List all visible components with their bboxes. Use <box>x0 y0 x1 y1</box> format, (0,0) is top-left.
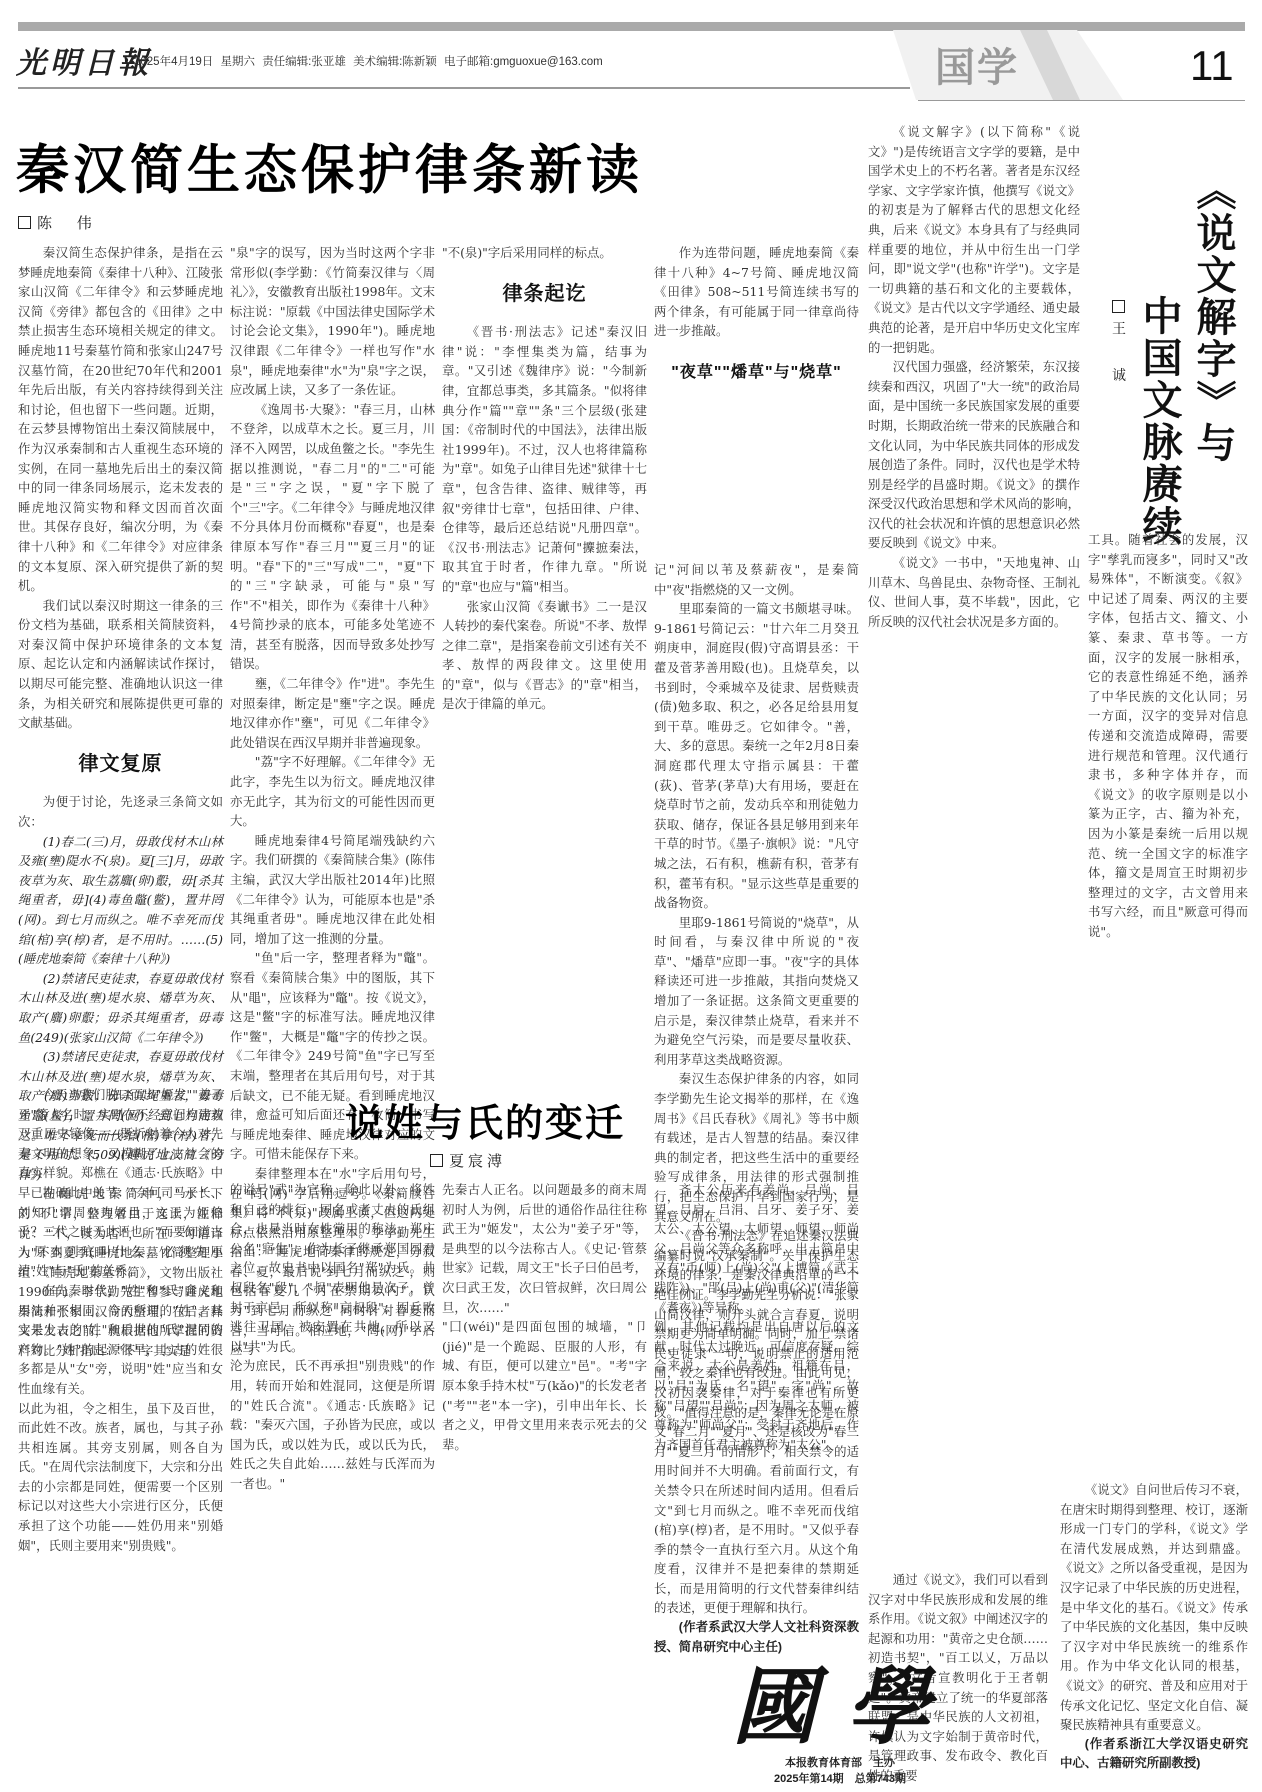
article1-byline: 陈 伟 <box>18 212 102 233</box>
responsible-editor: 责任编辑:张亚雄 <box>262 56 346 68</box>
paragraph: "囗(wéi)"是四面包围的城墙，"卩(jié)"是一个跪跽、臣服的人形，有城、… <box>442 1317 647 1454</box>
byline-box-icon <box>1112 300 1125 313</box>
paragraph: 沦为庶民，氏不再承担"别贵贱"的作用，转而开始和姓混同，这便是所谓的"姓氏合流"… <box>230 1356 435 1493</box>
article3-column-3: 先秦古人正名。以问题最多的商末周初时人为例，后世的通俗作品往往称武王为"姬发"，… <box>442 1180 647 1454</box>
paragraph: 例，其他记载均是出自唐以后的文献，时代太过晚近，可信度存疑。综合来说，太公是姜姓… <box>654 1317 859 1454</box>
article2-column-1: 《说文解字》(以下简称"《说文》")是传统语言文字学的要籍，是中国学术史上的不朽… <box>868 122 1080 631</box>
paragraph: 《说文》自问世后传习不衰，在唐宋时期得到整理、校订，逐渐形成一门专门的学科，《说… <box>1060 1480 1248 1735</box>
section-heading-burning-grass: "夜草""燔草"与"烧草" <box>654 363 859 383</box>
masthead-meta: 2025年4月19日 星期六 责任编辑:张亚雄 美术编辑:陈新颖 电子邮箱:gm… <box>134 53 603 69</box>
section-heading-scope: 律条起讫 <box>442 285 647 305</box>
paragraph: 我们试以秦汉时期这一律条的三份文档为基础，联系相关简牍资料，对秦汉简中保护环境律… <box>18 596 223 733</box>
paragraph: 记"河间以苇及蔡薪夜"，是秦简中"夜"指燃烧的又一文例。 <box>654 560 859 599</box>
paragraph: "荔"字不好理解。《二年律令》无此字，李先生以为衍文。睡虎地汉律亦无此字，其为衍… <box>230 752 435 830</box>
paragraph: 今天当我们脱口而出"姬发""姜子牙"等人名时，实则在不经意间构建着双重历史镜像—… <box>18 1085 223 1281</box>
quoted-slip-text: (1)春二(三)月，毋敢伐材木山林及雍(壅)隄水不(泉)。夏[三]月，毋敢夜草为… <box>18 832 223 969</box>
article2-author: 王 诚 <box>1110 321 1126 395</box>
article1-column-6: 记"河间以苇及蔡薪夜"，是秦简中"夜"指燃烧的又一文例。 里耶秦简的一篇文书颇堪… <box>654 560 859 1657</box>
article3-byline: 夏宸溥 <box>430 1150 506 1171</box>
article2-headline-part1: 《说文解字》与 <box>1185 170 1242 464</box>
article3-headline: 说姓与氏的变迁 <box>345 1092 625 1147</box>
paragraph: 《逸周书·大聚》："春三月，山林不登斧，以成草木之长。夏三月，川泽不入网罟，以成… <box>230 400 435 674</box>
article3-author: 夏宸溥 <box>449 1152 506 1170</box>
article1-headline: 秦汉简生态保护律条新读 <box>16 128 643 204</box>
masthead-top-bar <box>18 22 1245 31</box>
article2-ending-2: 《说文》自问世后传习不衰，在唐宋时期得到整理、校订，逐渐形成一门专门的学科，《说… <box>1060 1480 1248 1774</box>
issue-date: 2025年4月19日 <box>134 56 213 68</box>
masthead-rule <box>18 87 274 89</box>
guoxue-calligraphy-logo: 國學 <box>732 1640 960 1761</box>
byline-box-icon <box>430 1154 443 1167</box>
paragraph: 里耶秦简的一篇文书颇堪寻味。9-1861号简记云："廿六年二月癸丑朔庚申，洞庭叚… <box>654 599 859 913</box>
article2-byline: 王 诚 <box>1108 300 1128 395</box>
article1-author: 陈 伟 <box>37 214 102 232</box>
paragraph: 里耶9-1861号简说的"烧草"，从时间看，与秦汉律中所说的"夜草"、"燔草"应… <box>654 913 859 1070</box>
article3-column-1: 今天当我们脱口而出"姬发""姜子牙"等人名时，实则在不经意间构建着双重历史镜像—… <box>18 1085 223 1555</box>
colophon-publisher: 本报教育体育部 主办 <box>750 1755 930 1771</box>
paragraph: 为便于讨论，先迻录三条简文如次： <box>18 792 223 831</box>
article1-column-4: 作为连带问题，睡虎地秦简《秦律十八种》4~7号简、睡虎地汉简《田律》508~51… <box>654 243 859 401</box>
paragraph: 汉代国力强盛，经济繁荣，东汉接续秦和西汉，巩固了"大一统"的政治局面，是中国统一… <box>868 357 1080 553</box>
paragraph: 齐太公历来有姜尚、吕尚、吕望、吕肩、吕涓、吕牙、姜子牙、姜太公、太公望、太师望、… <box>654 1180 859 1317</box>
article3-column-4: 齐太公历来有姜尚、吕尚、吕望、吕肩、吕涓、吕牙、姜子牙、姜太公、太公望、太师望、… <box>654 1180 859 1454</box>
paragraph: 《晋书·刑法志》记述"秦汉旧律"说："李悝集类为篇，结事为章。"又引述《魏律序》… <box>442 322 647 596</box>
article1-column-3: "不(泉)"字后采用同样的标点。 律条起讫 《晋书·刑法志》记述"秦汉旧律"说：… <box>442 243 647 714</box>
paragraph: 秦汉简生态保护律条，是指在云梦睡虎地秦简《秦律十八种》、江陵张家山汉简《二年律令… <box>18 243 223 596</box>
paragraph: 壅，《二年律令》作"进"。李先生对照秦律，断定是"壅"字之误。睡虎地汉律亦作"壅… <box>230 674 435 752</box>
paragraph: 以此为祖，令之相生，虽下及百世，而此姓不改。族者，属也，与其子孙共相连属。其旁支… <box>18 1399 223 1556</box>
paragraph: 先秦古人正名。以问题最多的商末周初时人为例，后世的通俗作品往往称武王为"姬发"，… <box>442 1180 647 1317</box>
page-number: 11 <box>1190 42 1234 90</box>
byline-box-icon <box>18 216 31 229</box>
colophon: 本报教育体育部 主办 2025年第14期 总第743期 <box>750 1755 930 1787</box>
quoted-slip-text: (2)禁诸民吏徒隶，春夏毋敢伐材木山林及进(壅)堤水泉、燔草为灰、取产(麛)卵鷇… <box>18 969 223 1047</box>
article2-author-note: (作者系浙江大学汉语史研究中心、古籍研究所副教授) <box>1060 1735 1248 1774</box>
article3-column-2: 的谥号"武"为官称。除此以外，将姓和自己的排行、国名或者丈夫的氏组合，也是当时女… <box>230 1180 435 1494</box>
contact-email[interactable]: 电子邮箱:gmguoxue@163.com <box>444 56 603 68</box>
paragraph: 作为连带问题，睡虎地秦简《秦律十八种》4~7号简、睡虎地汉简《田律》508~51… <box>654 243 859 341</box>
masthead-bottom-rule <box>918 100 1245 101</box>
art-editor: 美术编辑:陈新颖 <box>353 56 437 68</box>
article2-column-2: 工具。随着社会的发展，汉字"孳乳而寖多"，同时又"改易殊体"，不断演变。《叙》中… <box>1088 530 1248 941</box>
paragraph: 的谥号"武"为官称。除此以外，将姓和自己的排行、国名或者丈夫的氏组合，也是当时女… <box>230 1180 435 1356</box>
paragraph: "泉"字的误写，因为当时这两个字非常形似(李学勤：《竹简秦汉律与〈周礼〉》，安徽… <box>230 243 435 400</box>
newspaper-logo: 光明日報 <box>16 38 152 82</box>
article2-headline-part2: 中国文脉赓续 <box>1131 295 1188 547</box>
issue-weekday: 星期六 <box>220 56 255 68</box>
paragraph: "不(泉)"字后采用同样的标点。 <box>442 243 647 263</box>
paragraph: 工具。随着社会的发展，汉字"孳乳而寖多"，同时又"改易殊体"，不断演变。《叙》中… <box>1088 530 1248 941</box>
paragraph: 张家山汉简《奏谳书》二一是汉人转抄的秦代案卷。所说"不孝、敖悍之律二章"，是指案… <box>442 597 647 715</box>
paragraph: 《说文解字》(以下简称"《说文》")是传统语言文字学的要籍，是中国学术史上的不朽… <box>868 122 1080 357</box>
colophon-issue: 2025年第14期 总第743期 <box>750 1771 930 1787</box>
paragraph: 睡虎地秦律4号简尾端残缺约六字。我们研撰的《秦简牍合集》(陈伟主编，武汉大学出版… <box>230 831 435 949</box>
paragraph: 《说文》一书中，"天地鬼神、山川草木、鸟兽昆虫、杂物奇怪、王制礼仪、世间人事，莫… <box>868 553 1080 631</box>
masthead-rule <box>274 87 910 89</box>
paragraph: 在先秦时代，"姓"和"氏"含义和用法并不相同。今天所谓的"姓"，其实是上古的"姓… <box>18 1281 223 1399</box>
section-heading-text-restoration: 律文复原 <box>18 755 223 775</box>
section-name: 国学 <box>935 36 1019 93</box>
